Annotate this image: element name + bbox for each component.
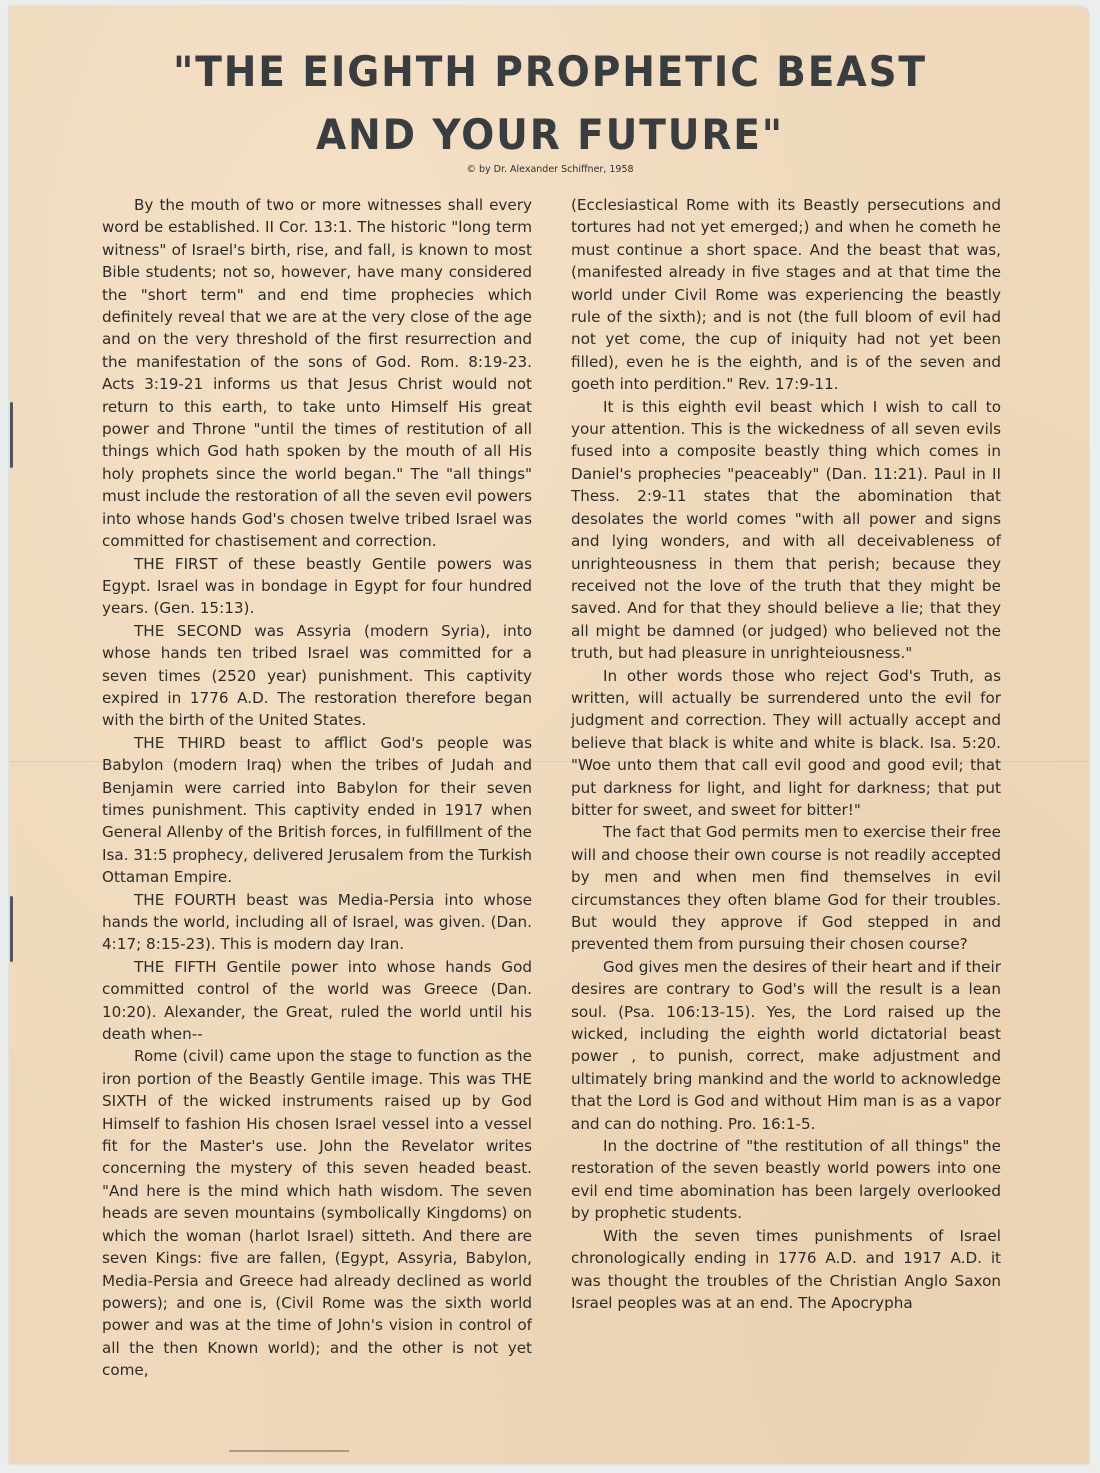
left-column: By the mouth of two or more witnesses sh… <box>102 194 532 1382</box>
paragraph: Rome (civil) came upon the stage to func… <box>102 1045 532 1381</box>
staple-icon <box>10 402 13 468</box>
paragraph: THE FIRST of these beastly Gentile power… <box>102 553 532 620</box>
paragraph: (Ecclesiastical Rome with its Beastly pe… <box>571 194 1001 396</box>
paragraph: In other words those who reject God's Tr… <box>571 665 1001 822</box>
page-title: "THE EIGHTH PROPHETIC BEAST AND YOUR FUT… <box>39 40 1062 166</box>
paragraph: THE FIFTH Gentile power into whose hands… <box>102 956 532 1046</box>
title-line-2: AND YOUR FUTURE" <box>39 103 1062 166</box>
paragraph: The fact that God permits men to exercis… <box>571 821 1001 955</box>
ink-smudge <box>229 1450 349 1452</box>
paragraph: THE FOURTH beast was Media-Persia into w… <box>102 889 532 956</box>
staple-icon <box>10 896 13 962</box>
title-line-1: "THE EIGHTH PROPHETIC BEAST <box>39 40 1062 103</box>
paragraph: In the doctrine of "the restitution of a… <box>571 1135 1001 1225</box>
paragraph: God gives men the desires of their heart… <box>571 956 1001 1135</box>
paragraph: THE SECOND was Assyria (modern Syria), i… <box>102 620 532 732</box>
paragraph: By the mouth of two or more witnesses sh… <box>102 194 532 553</box>
paragraph: THE THIRD beast to afflict God's people … <box>102 732 532 889</box>
byline: © by Dr. Alexander Schiffner, 1958 <box>0 164 1100 175</box>
paragraph: With the seven times punishments of Isra… <box>571 1225 1001 1315</box>
right-column: (Ecclesiastical Rome with its Beastly pe… <box>571 194 1001 1314</box>
paragraph: It is this eighth evil beast which I wis… <box>571 396 1001 665</box>
